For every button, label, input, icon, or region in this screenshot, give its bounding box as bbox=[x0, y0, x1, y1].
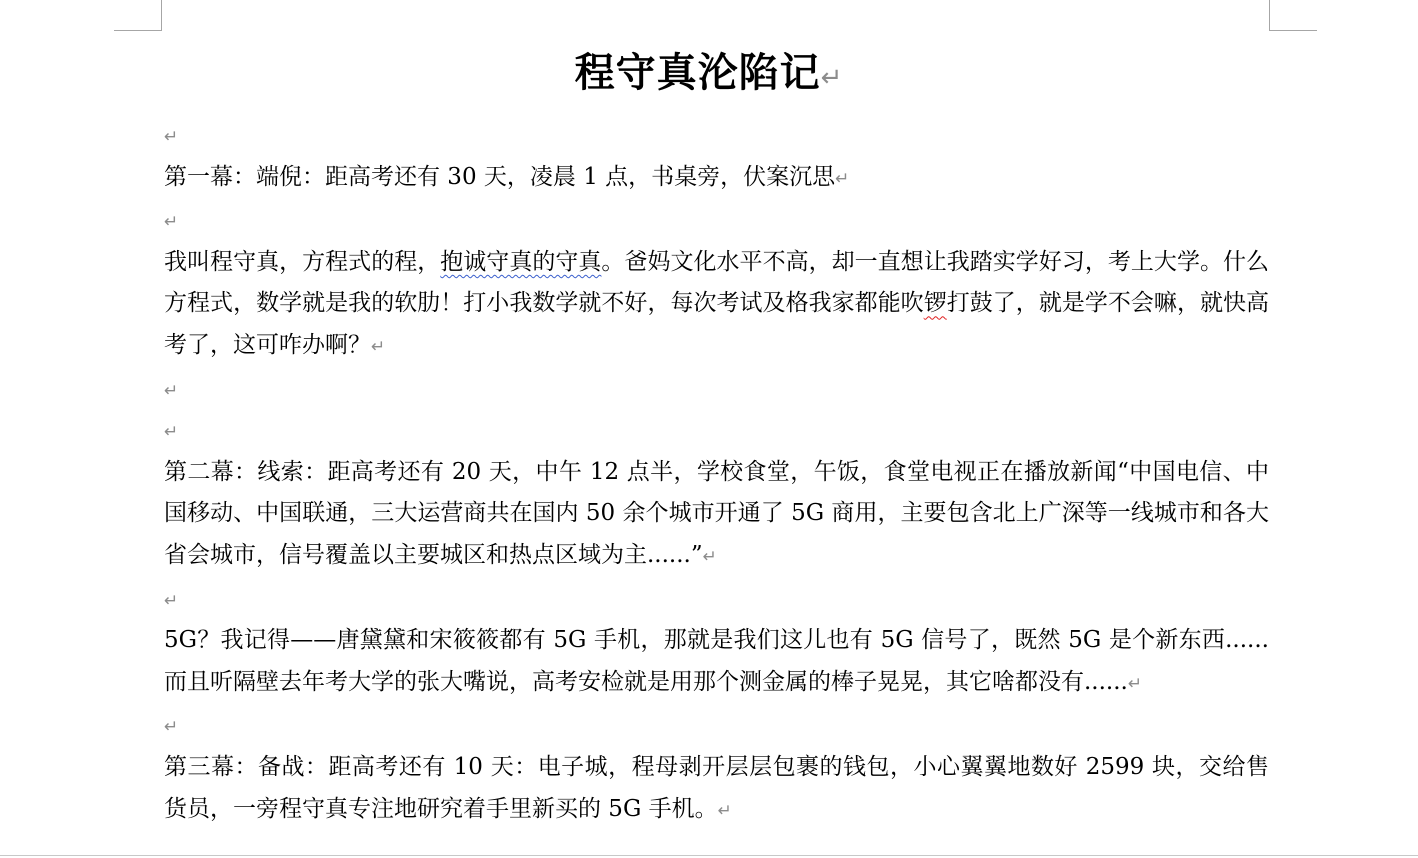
paragraph-mark-icon: ↵ bbox=[835, 169, 849, 189]
empty-paragraph[interactable]: ↵ bbox=[164, 579, 1269, 621]
spelling-flagged-word[interactable]: 锣 bbox=[924, 290, 947, 316]
empty-paragraph[interactable]: ↵ bbox=[164, 200, 1269, 242]
document-body[interactable]: ↵ 第一幕：端倪：距高考还有 30 天，凌晨 1 点，书桌旁，伏案沉思↵ ↵ 我… bbox=[164, 115, 1269, 832]
paragraph-mark-icon: ↵ bbox=[1128, 674, 1142, 694]
paragraph-mark-icon: ↵ bbox=[164, 717, 178, 737]
paragraph-act-one-heading[interactable]: 第一幕：端倪：距高考还有 30 天，凌晨 1 点，书桌旁，伏案沉思↵ bbox=[164, 157, 1269, 201]
paragraph-mark-icon: ↵ bbox=[164, 591, 178, 611]
paragraph-mark-icon: ↵ bbox=[821, 63, 844, 93]
empty-paragraph[interactable]: ↵ bbox=[164, 705, 1269, 747]
document-page: 程守真沦陷记↵ ↵ 第一幕：端倪：距高考还有 30 天，凌晨 1 点，书桌旁，伏… bbox=[0, 0, 1418, 858]
paragraph-mark-icon: ↵ bbox=[371, 337, 385, 357]
paragraph-introduction[interactable]: 我叫程守真，方程式的程，抱诚守真的守真。爸妈文化水平不高，却一直想让我踏实学好习… bbox=[164, 242, 1269, 369]
paragraph-mark-icon: ↵ bbox=[164, 422, 178, 442]
grammar-flagged-phrase[interactable]: 抱诚守真的守真 bbox=[440, 249, 601, 275]
margin-corner-mark-top-left bbox=[114, 0, 162, 31]
paragraph-text[interactable]: 第三幕：备战：距高考还有 10 天：电子城，程母剥开层层包裹的钱包，小心翼翼地数… bbox=[164, 754, 1269, 822]
paragraph-text-segment[interactable]: 我叫程守真，方程式的程， bbox=[164, 249, 440, 275]
title-text[interactable]: 程守真沦陷记 bbox=[575, 49, 821, 96]
paragraph-mark-icon: ↵ bbox=[164, 212, 178, 232]
paragraph-mark-icon: ↵ bbox=[164, 381, 178, 401]
paragraph-text[interactable]: 第一幕：端倪：距高考还有 30 天，凌晨 1 点，书桌旁，伏案沉思 bbox=[164, 164, 835, 190]
empty-paragraph[interactable]: ↵ bbox=[164, 410, 1269, 452]
empty-paragraph[interactable]: ↵ bbox=[164, 369, 1269, 411]
paragraph-mark-icon: ↵ bbox=[164, 127, 178, 147]
document-title[interactable]: 程守真沦陷记↵ bbox=[0, 46, 1418, 105]
paragraph-text[interactable]: 5G？我记得——唐黛黛和宋筱筱都有 5G 手机，那就是我们这儿也有 5G 信号了… bbox=[164, 627, 1269, 695]
paragraph-act-two[interactable]: 第二幕：线索：距高考还有 20 天，中午 12 点半，学校食堂，午饭，食堂电视正… bbox=[164, 452, 1269, 579]
page-bottom-edge bbox=[0, 855, 1418, 856]
margin-corner-mark-top-right bbox=[1269, 0, 1317, 31]
paragraph-mark-icon: ↵ bbox=[718, 801, 732, 821]
empty-paragraph[interactable]: ↵ bbox=[164, 115, 1269, 157]
paragraph-5g-thoughts[interactable]: 5G？我记得——唐黛黛和宋筱筱都有 5G 手机，那就是我们这儿也有 5G 信号了… bbox=[164, 620, 1269, 705]
paragraph-mark-icon: ↵ bbox=[703, 547, 717, 567]
paragraph-act-three[interactable]: 第三幕：备战：距高考还有 10 天：电子城，程母剥开层层包裹的钱包，小心翼翼地数… bbox=[164, 747, 1269, 832]
